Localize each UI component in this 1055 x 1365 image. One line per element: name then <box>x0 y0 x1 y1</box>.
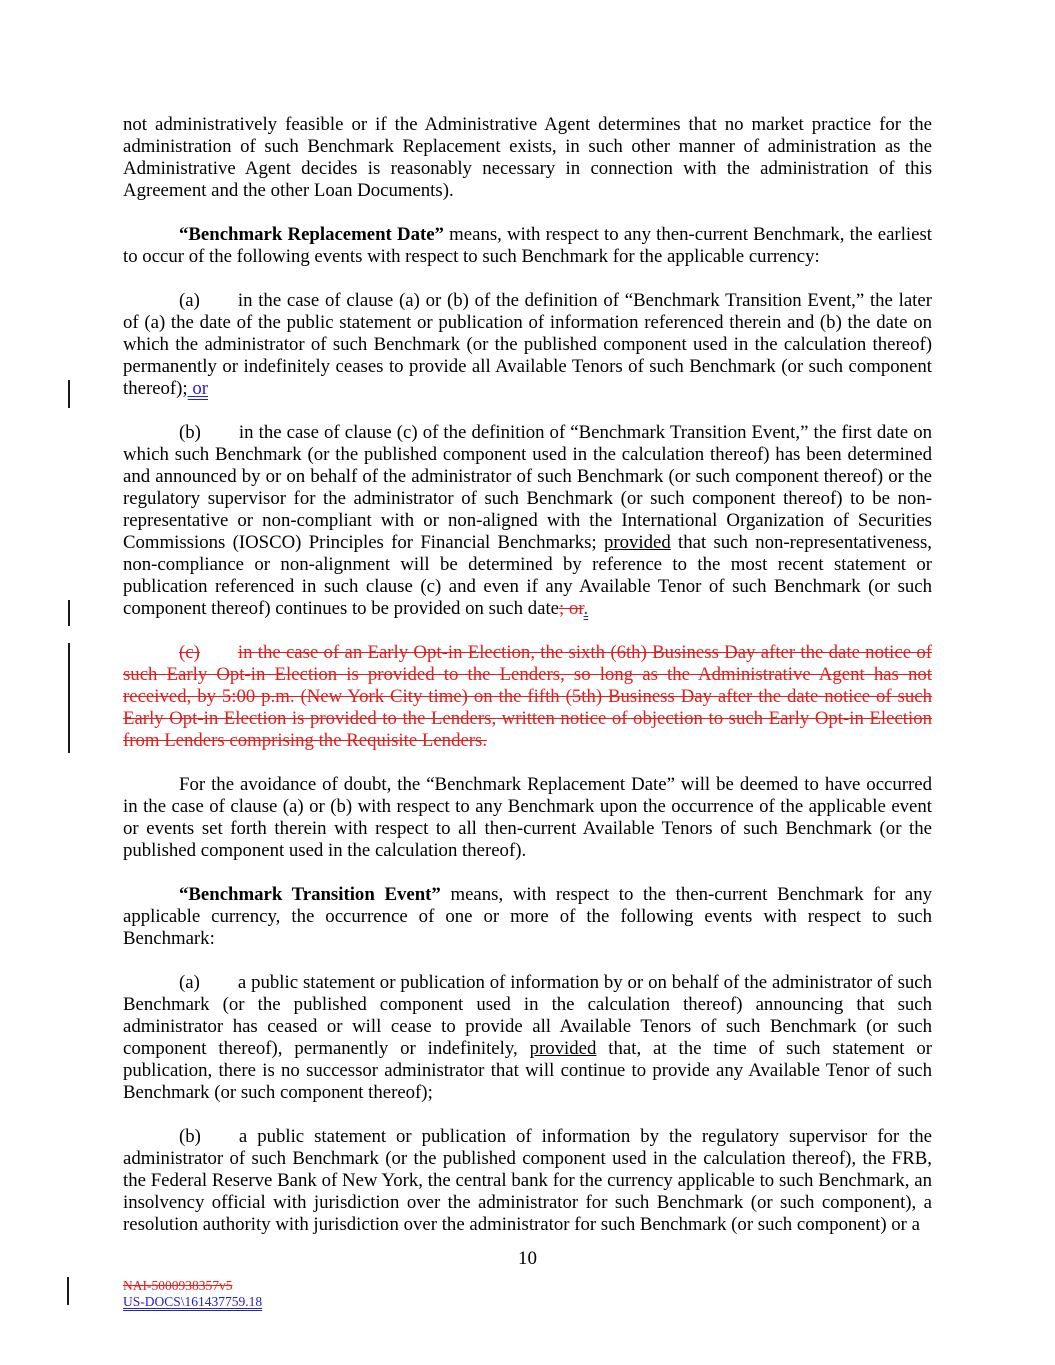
deleted-doc-id: NAI-5000938357v5 <box>123 1278 262 1294</box>
paragraph-clause-b-transition-event: (b)a public statement or publication of … <box>123 1126 932 1236</box>
defined-term: “Benchmark Transition Event” <box>179 884 441 905</box>
page-number: 10 <box>0 1248 1055 1270</box>
revision-change-bar <box>67 1277 69 1305</box>
text-run: (a) <box>179 972 200 993</box>
inserted-text: . <box>584 598 589 619</box>
paragraph-clause-c-deleted: (c)in the case of an Early Opt-in Electi… <box>123 642 932 752</box>
text-run: in the case of clause (a) or (b) of the … <box>123 290 932 399</box>
text-run: (a) <box>179 290 200 311</box>
document-id-footer: NAI-5000938357v5 US-DOCS\161437759.18 <box>123 1278 262 1310</box>
paragraph-benchmark-transition-event: “Benchmark Transition Event” means, with… <box>123 884 932 950</box>
paragraph-clause-a-transition-event: (a)a public statement or publication of … <box>123 972 932 1104</box>
text-run: (b) <box>179 1126 201 1147</box>
paragraph-avoidance-of-doubt: For the avoidance of doubt, the “Benchma… <box>123 774 932 862</box>
paragraph-clause-a-replacement-date: (a)in the case of clause (a) or (b) of t… <box>123 290 932 400</box>
text-run: (b) <box>179 422 201 443</box>
text-run: not administratively feasible or if the … <box>123 114 932 201</box>
paragraph-intro-continuation: not administratively feasible or if the … <box>123 114 932 202</box>
revision-change-bar <box>68 380 70 408</box>
revision-change-bar <box>68 643 70 753</box>
document-body: not administratively feasible or if the … <box>123 114 932 1258</box>
underlined-term: provided <box>530 1038 597 1059</box>
deleted-text: in the case of an Early Opt-in Election,… <box>123 642 932 751</box>
text-run: a public statement or publication of inf… <box>123 1126 932 1235</box>
text-run: For the avoidance of doubt, the “Benchma… <box>123 774 932 861</box>
deleted-text: ; or <box>559 598 584 619</box>
paragraph-benchmark-replacement-date: “Benchmark Replacement Date” means, with… <box>123 224 932 268</box>
underlined-term: provided <box>604 532 671 553</box>
paragraph-clause-b-replacement-date: (b)in the case of clause (c) of the defi… <box>123 422 932 620</box>
deleted-text: (c) <box>179 642 200 663</box>
inserted-doc-id: US-DOCS\161437759.18 <box>123 1294 262 1310</box>
revision-change-bar <box>68 600 70 626</box>
defined-term: “Benchmark Replacement Date” <box>179 224 444 245</box>
inserted-text: or <box>188 378 208 399</box>
